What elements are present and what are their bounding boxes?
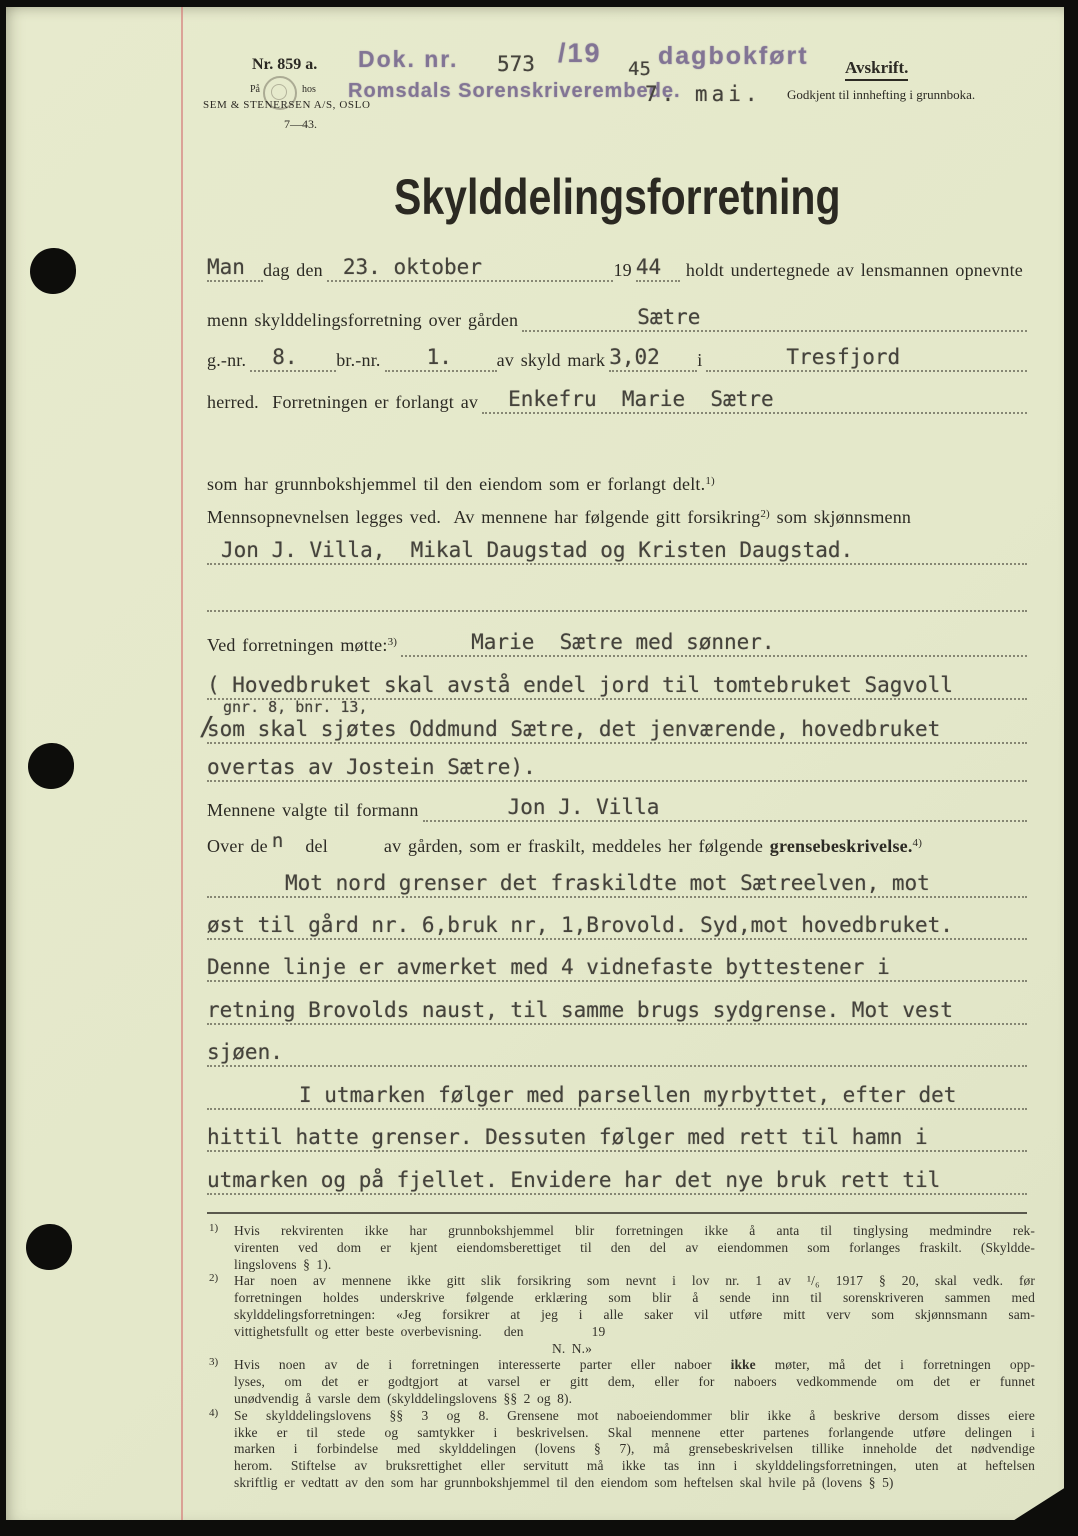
form-line-paren1: ( Hovedbruket skal avstå endel jord til … (207, 668, 1027, 700)
footnote-line: unødvendig å varsle dem (skylddelingslov… (234, 1391, 1035, 1408)
typed-body-line: øst til gård nr. 6,bruk nr, 1,Brovold. S… (207, 915, 953, 938)
godkjent-note: Godkjent til innhefting i grunnboka. (787, 87, 975, 103)
printer-pa: På (250, 84, 260, 95)
printed-over-b: av gården, som er fraskilt, meddeles her… (384, 836, 770, 856)
document-title-text: Skylddelingsforretning (394, 168, 841, 226)
typed-paren3: overtas av Jostein Sætre). (207, 757, 536, 780)
printed-farm-label: menn skylddelingsforretning over gården (207, 311, 522, 332)
form-number: Nr. 859 a. (252, 56, 317, 74)
fillin-body5: sjøen. (207, 1031, 1027, 1067)
footnote-line: Se skylddelingslovens §§ 3 og 8. Grensen… (234, 1408, 1035, 1425)
form-line-menn: Mennsopnevnelsen legges ved. Av mennene … (207, 503, 1027, 529)
typed-body-line: sjøen. (207, 1042, 283, 1065)
footnote-19: 19 (592, 1324, 606, 1339)
form-line-formann: Mennene valgte til formann Jon J. Villa (207, 790, 1027, 822)
footnote-l4-text: vittighetsfullt og etter beste overbevis… (234, 1324, 482, 1339)
fillin-farm: Sætre (522, 298, 1027, 332)
typed-body-line: utmarken og på fjellet. Envidere har det… (207, 1170, 940, 1193)
footnote-line: Hvis noen av de i forretningen interesse… (234, 1357, 1035, 1374)
footnote-line-den: vittighetsfullt og etter beste overbevis… (234, 1324, 1035, 1341)
typed-body-line: hittil hatte grenser. Dessuten følger me… (207, 1127, 928, 1150)
fillin-gnr: 8. (250, 338, 336, 372)
fillin-names: Jon J. Villa, Mikal Daugstad og Kristen … (207, 531, 1027, 565)
fillin-brnr: 1. (385, 338, 497, 372)
typed-district: Tresfjord (706, 347, 900, 370)
fillin-body7: hittil hatte grenser. Dessuten følger me… (207, 1116, 1027, 1152)
printed-menn-b: som skjønnsmenn (770, 507, 911, 527)
footnote-3-marker: 3) (209, 1356, 218, 1368)
form-body-line-5: sjøen. (207, 1033, 1027, 1067)
footnote-nn: N. N.» (234, 1341, 1035, 1358)
typed-stamp-date: 7. mai. (645, 82, 762, 106)
printed-menn-a: Mennsopnevnelsen legges ved. Av mennene … (207, 507, 760, 527)
printed-herred: herred. Forretningen er forlangt av (207, 393, 482, 414)
footnote-1: 1) Hvis rekvirenten ikke har grunnbokshj… (207, 1223, 1035, 1273)
printer-name: SEM & STENERSEN A/S, OSLO (203, 99, 371, 111)
typed-formann: Jon J. Villa (423, 797, 660, 820)
footnote-2-marker: 2) (209, 1272, 218, 1284)
printed-motte-text: Ved forretningen møtte: (207, 635, 388, 655)
printed-gnr: g.-nr. (207, 351, 250, 372)
footnote-line: marken i forbindelse med skylddelingen (… (234, 1441, 1035, 1458)
printed-i: i (697, 351, 706, 372)
typed-requester: Enkefru Marie Sætre (482, 389, 774, 412)
printed-dagden: dag den (263, 261, 327, 282)
footnote-den: den (504, 1324, 524, 1339)
form-line-hjemmel: som har grunnbokshjemmel til den eiendom… (207, 470, 1027, 496)
typed-body-line: I utmarken følger med parsellen myrbytte… (207, 1085, 956, 1108)
typed-body-line: Mot nord grenser det fraskildte mot Sætr… (207, 873, 930, 896)
typed-year: 44 (636, 257, 661, 280)
avskrift-label: Avskrift. (845, 58, 908, 81)
punch-hole-bottom (26, 1224, 72, 1270)
printed-hjemmel-text: som har grunnbokshjemmel til den eiendom… (207, 474, 705, 494)
stamp-office-name: Romsdals Sorenskriverembede. (348, 80, 681, 103)
fillin-paren3: overtas av Jostein Sætre). (207, 748, 1027, 782)
fillin-formann: Jon J. Villa (423, 788, 1027, 822)
margin-ruling-line (181, 7, 183, 1520)
footnote-line: skriftlig er vedtatt av den som har grun… (234, 1475, 1035, 1492)
footnote-line: virenten ved dom er kjent eiendomsberett… (234, 1240, 1035, 1257)
footnote-ref-2: 2) (760, 508, 770, 520)
document-title: Skylddelingsforretning (207, 168, 1027, 226)
stamp-dagbokfort: dagbokført (658, 42, 809, 71)
form-line-over: Over de n del av gården, som er fraskilt… (207, 828, 1027, 858)
footnote-line: skylddelingsforretningen: «Jeg forsikrer… (234, 1307, 1035, 1324)
footnote-3-ikke-bold: ikke (731, 1357, 756, 1372)
footnote-line: lyses, om det er godtgjort at varsel er … (234, 1374, 1035, 1391)
form-body-line-2: øst til gård nr. 6,bruk nr, 1,Brovold. S… (207, 906, 1027, 940)
typed-day-prefix: Man (207, 257, 245, 280)
form-line-names: Jon J. Villa, Mikal Daugstad og Kristen … (207, 533, 1027, 565)
form-body-line-3: Denne linje er avmerket med 4 vidnefaste… (207, 948, 1027, 982)
printed-skyld-mark: av skyld mark (497, 351, 610, 372)
printed-motte: Ved forretningen møtte:3) (207, 636, 401, 657)
form-line-date: Man dag den 23. oktober 19 44 holdt unde… (207, 250, 1027, 282)
form-body-line-8: utmarken og på fjellet. Envidere har det… (207, 1161, 1027, 1195)
footnote-2: 2) Har noen av mennene ikke gitt slik fo… (207, 1273, 1035, 1357)
form-line-herred: herred. Forretningen er forlangt av Enke… (207, 382, 1027, 414)
footnote-4-marker: 4) (209, 1407, 218, 1419)
typed-body-line: Denne linje er avmerket med 4 vidnefaste… (207, 957, 890, 980)
footnote-line: Har noen av mennene ikke gitt slik forsi… (234, 1273, 1035, 1290)
typed-date: 23. oktober (327, 257, 482, 280)
fillin-body2: øst til gård nr. 6,bruk nr, 1,Brovold. S… (207, 904, 1027, 940)
fillin-body4: retning Brovolds naust, til samme brugs … (207, 989, 1027, 1025)
stamp-dok-nr: Dok. nr. (358, 46, 458, 73)
printed-menn: Mennsopnevnelsen legges ved. Av mennene … (207, 508, 915, 529)
fillin-body3: Denne linje er avmerket med 4 vidnefaste… (207, 946, 1027, 982)
footnote-line: Hvis rekvirenten ikke har grunnbokshjemm… (234, 1223, 1035, 1240)
typed-farm-name: Sætre (522, 307, 700, 330)
printed-over-de: Over de (207, 837, 272, 858)
printer-code: 7—43. (284, 117, 317, 132)
form-line-motte: Ved forretningen møtte:3) Marie Sætre me… (207, 625, 1027, 657)
typed-doc-number: 573 (497, 52, 535, 76)
typed-year-45: 45 (628, 58, 651, 80)
form-line-paren3: overtas av Jostein Sætre). (207, 750, 1027, 782)
printed-brnr: br.-nr. (336, 351, 384, 372)
typed-brnr: 1. (385, 347, 452, 370)
fillin-year: 44 (636, 248, 680, 282)
fillin-day: Man (207, 248, 263, 282)
printed-date-rest: holdt undertegnede av lensmannen opnevnt… (680, 261, 1027, 282)
footnote-line: herom. Stiftelse av bruksrettighet eller… (234, 1458, 1035, 1475)
footnote-line: lingslovens § 1). (234, 1257, 1035, 1274)
footnote-3-l1c: møter, må det i forretningen opp- (756, 1357, 1035, 1372)
fillin-requester: Enkefru Marie Sætre (482, 380, 1027, 414)
fillin-district: Tresfjord (706, 338, 1027, 372)
footnote-separator (207, 1212, 1027, 1214)
printed-hjemmel: som har grunnbokshjemmel til den eiendom… (207, 475, 719, 496)
fillin-body6: I utmarken følger med parsellen myrbytte… (207, 1074, 1027, 1110)
typed-body-line: retning Brovolds naust, til samme brugs … (207, 1000, 953, 1023)
form-line-gnr: g.-nr. 8. br.-nr. 1. av skyld mark 3,02 … (207, 340, 1027, 372)
footnote-3: 3) Hvis noen av de i forretningen intere… (207, 1357, 1035, 1407)
footnote-line: ikke er til stede og samtykker i beskriv… (234, 1425, 1035, 1442)
fillin-body8: utmarken og på fjellet. Envidere har det… (207, 1159, 1027, 1195)
form-body-line-6: I utmarken følger med parsellen myrbytte… (207, 1076, 1027, 1110)
footnote-ref-3: 3) (388, 636, 398, 648)
footnotes-block: 1) Hvis rekvirenten ikke har grunnbokshj… (207, 1223, 1035, 1492)
fillin-empty (207, 578, 1027, 612)
footnote-ref-4: 4) (913, 837, 923, 849)
stamp-slash-19: /19 (558, 38, 602, 69)
fillin-paren2: som skal sjøtes Oddmund Sætre, det jenvæ… (207, 710, 1027, 744)
printed-grensebeskrivelse: grensebeskrivelse. (770, 836, 913, 856)
fillin-paren1: ( Hovedbruket skal avstå endel jord til … (207, 666, 1027, 700)
fillin-date: 23. oktober (327, 248, 614, 282)
typed-paren1: ( Hovedbruket skal avstå endel jord til … (207, 675, 953, 698)
printed-over-rest: av gården, som er fraskilt, meddeles her… (384, 837, 926, 858)
typed-paren2: som skal sjøtes Oddmund Sætre, det jenvæ… (207, 719, 940, 742)
typed-mark-value: 3,02 (609, 347, 660, 370)
footnote-line: forretningen holdes underskrive følgende… (234, 1290, 1035, 1307)
printed-19: 19 (613, 261, 635, 282)
fillin-body1: Mot nord grenser det fraskildte mot Sætr… (207, 862, 1027, 898)
form-line-empty (207, 580, 1027, 612)
typed-attendees: Marie Sætre med sønner. (401, 632, 774, 655)
typed-appraiser-names: Jon J. Villa, Mikal Daugstad og Kristen … (207, 540, 853, 563)
form-body-line-1: Mot nord grenser det fraskildte mot Sætr… (207, 864, 1027, 898)
printed-formann: Mennene valgte til formann (207, 801, 423, 822)
footnote-4: 4) Se skylddelingslovens §§ 3 og 8. Gren… (207, 1408, 1035, 1492)
footnote-3-l1a: Hvis noen av de i forretningen interesse… (234, 1357, 731, 1372)
footnote-ref-1: 1) (705, 475, 715, 487)
printer-hos: hos (302, 84, 316, 95)
form-body-line-7: hittil hatte grenser. Dessuten følger me… (207, 1118, 1027, 1152)
typed-gnr: 8. (250, 347, 297, 370)
footnote-1-marker: 1) (209, 1222, 218, 1234)
printed-del: del (305, 837, 332, 858)
typed-n: n (272, 832, 283, 853)
form-body-line-4: retning Brovolds naust, til samme brugs … (207, 991, 1027, 1025)
fillin-motte: Marie Sætre med sønner. (401, 623, 1027, 657)
punch-hole-middle (28, 743, 74, 789)
form-line-farm: menn skylddelingsforretning over gården … (207, 300, 1027, 332)
scanned-document-page: Nr. 859 a. På hos SEM & STENERSEN A/S, O… (0, 0, 1078, 1536)
form-line-paren2: som skal sjøtes Oddmund Sætre, det jenvæ… (207, 712, 1027, 744)
punch-hole-top (30, 248, 76, 294)
fillin-mark: 3,02 (609, 338, 697, 372)
